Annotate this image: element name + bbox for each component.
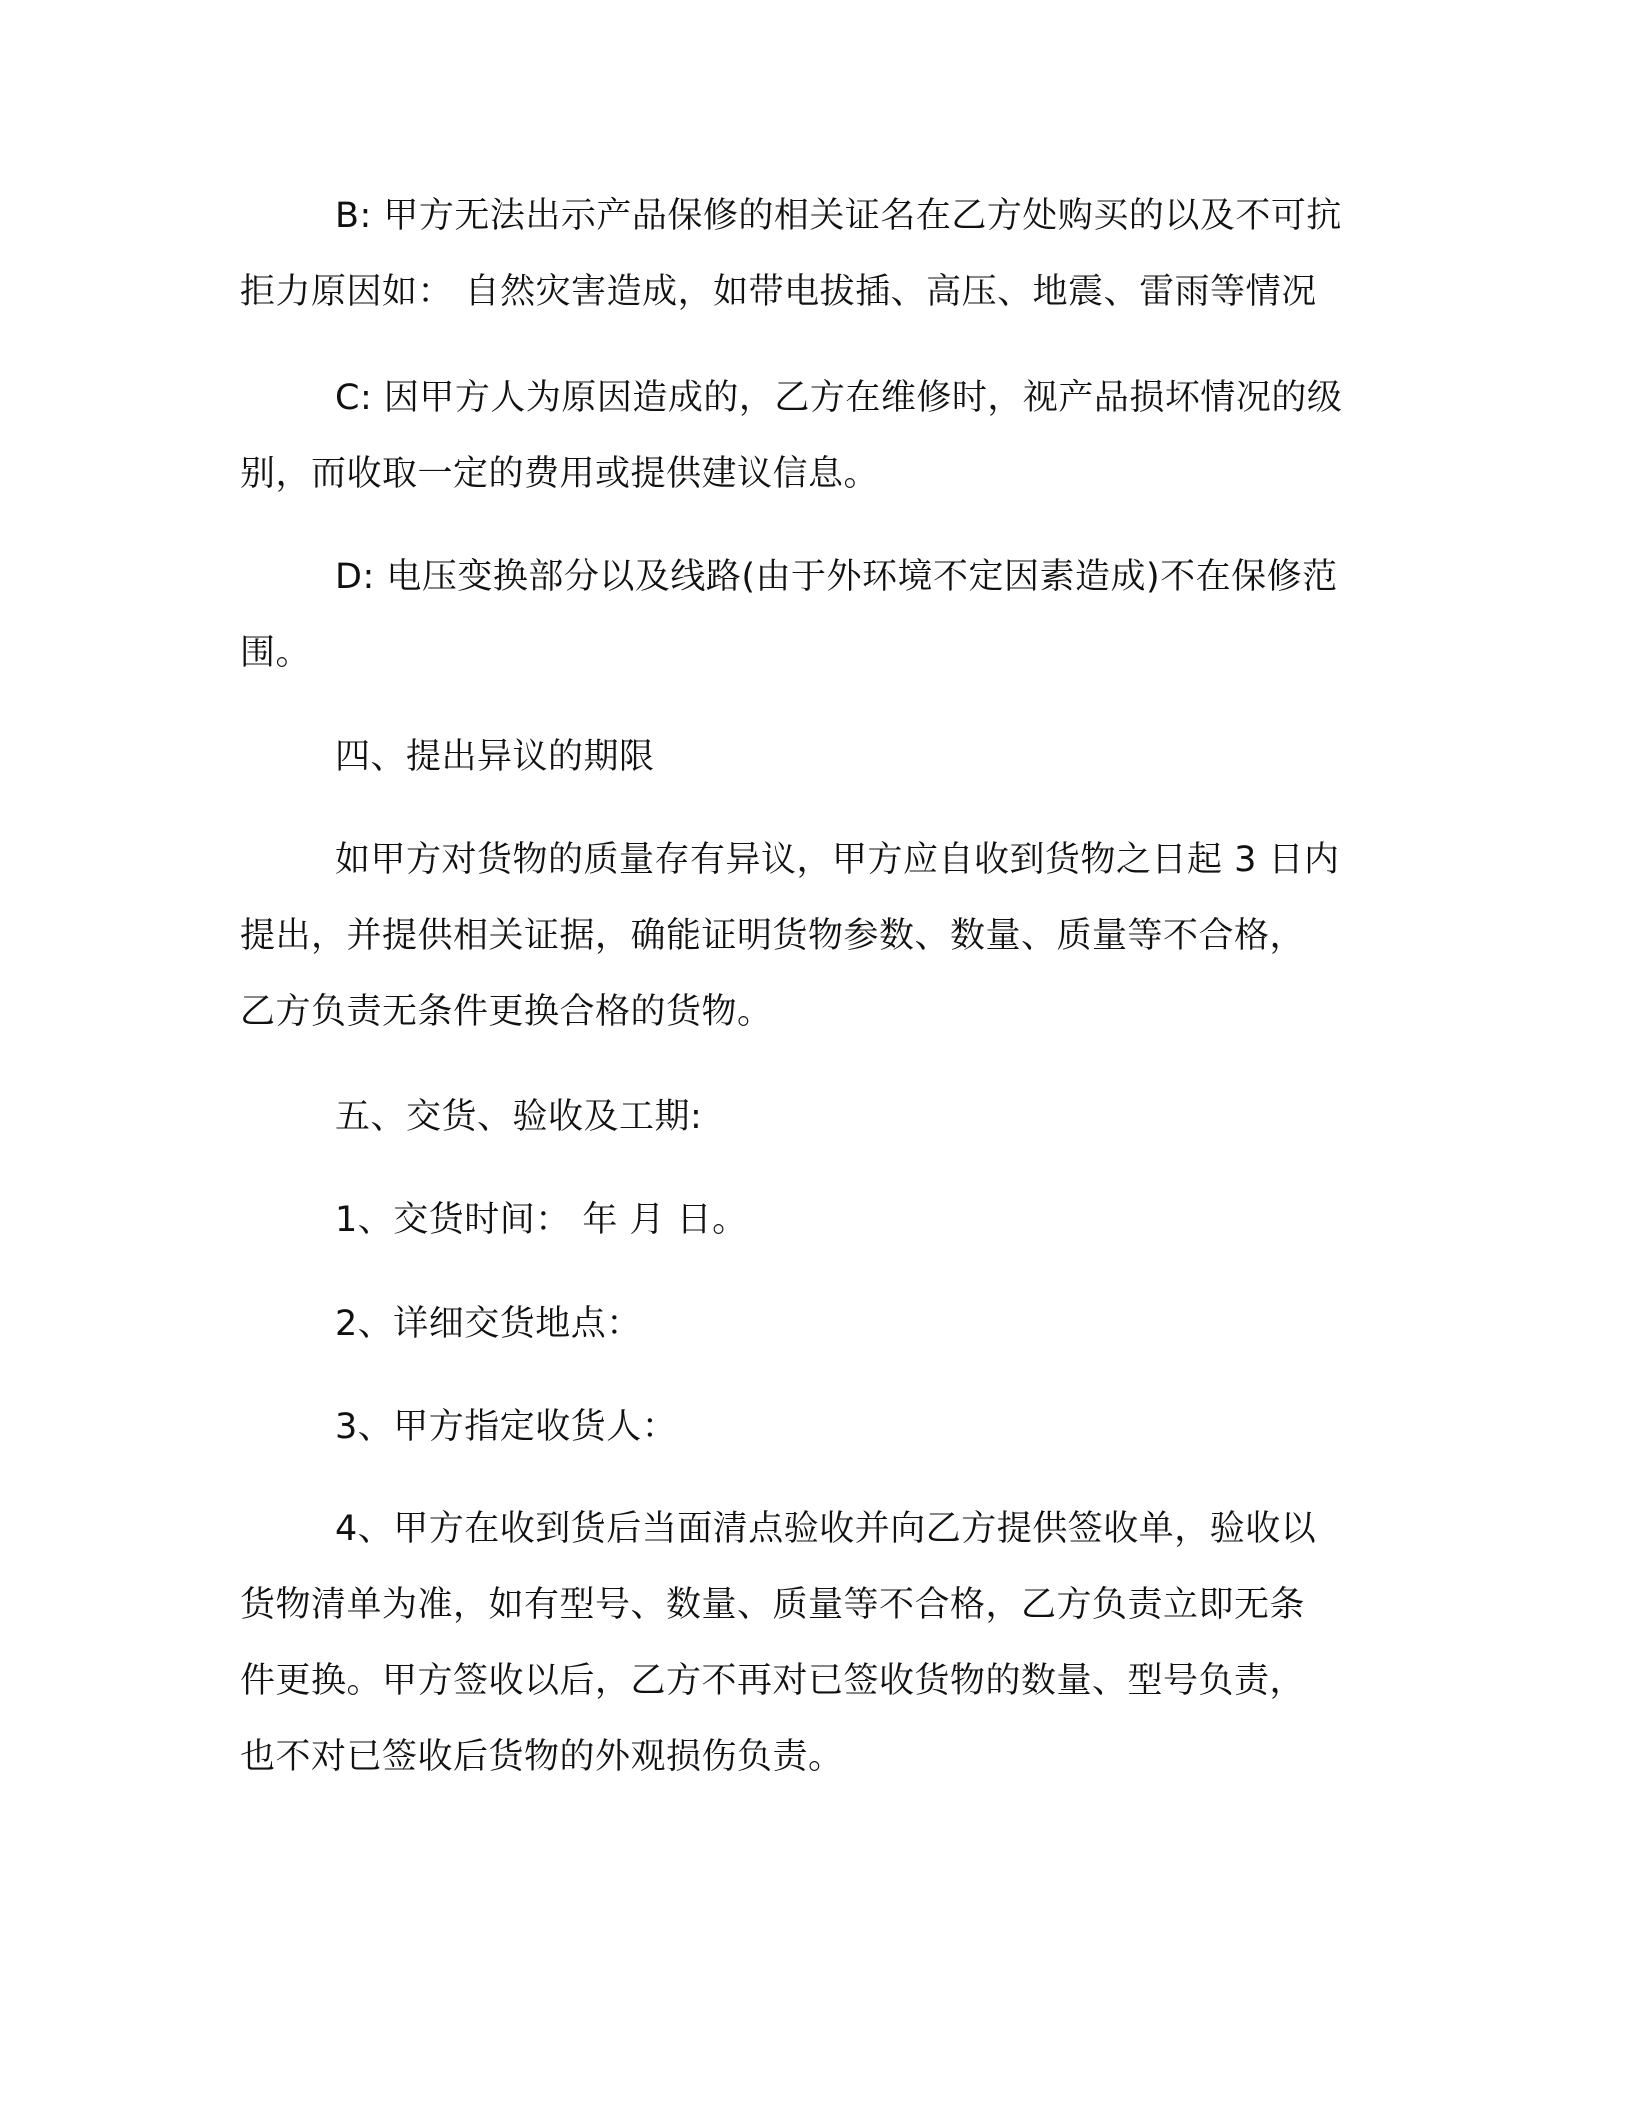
text-line: 如甲方对货物的质量存有异议，甲方应自收到货物之日起 3 日内 bbox=[240, 822, 1390, 898]
text-line: 也不对已签收后货物的外观损伤负责。 bbox=[240, 1719, 1390, 1795]
text-line: 乙方负责无条件更换合格的货物。 bbox=[240, 974, 1390, 1050]
text-line: 2、详细交货地点： bbox=[240, 1286, 1390, 1362]
text-line: 1、交货时间： 年 月 日。 bbox=[240, 1182, 1390, 1258]
text-line: C: 因甲方人为原因造成的，乙方在维修时，视产品损坏情况的级 bbox=[240, 360, 1390, 436]
list-item-delivery-time: 1、交货时间： 年 月 日。 bbox=[240, 1182, 1390, 1258]
section-heading-objection-period: 四、提出异议的期限 bbox=[240, 719, 1390, 795]
list-item-acceptance: 4、甲方在收到货后当面清点验收并向乙方提供签收单，验收以 货物清单为准，如有型号… bbox=[240, 1491, 1390, 1795]
list-item-delivery-location: 2、详细交货地点： bbox=[240, 1286, 1390, 1362]
section-title: 五、交货、验收及工期: bbox=[240, 1079, 1390, 1155]
text-line: 4、甲方在收到货后当面清点验收并向乙方提供签收单，验收以 bbox=[240, 1491, 1390, 1567]
text-line: 提出，并提供相关证据，确能证明货物参数、数量、质量等不合格， bbox=[240, 898, 1390, 974]
paragraph-clause-d: D: 电压变换部分以及线路(由于外环境不定因素造成)不在保修范 围。 bbox=[240, 539, 1390, 691]
list-item-consignee: 3、甲方指定收货人： bbox=[240, 1389, 1390, 1465]
text-line: 别，而收取一定的费用或提供建议信息。 bbox=[240, 436, 1390, 512]
text-line: B: 甲方无法出示产品保修的相关证名在乙方处购买的以及不可抗 bbox=[240, 178, 1390, 254]
text-line: 拒力原因如： 自然灾害造成，如带电拔插、高压、地震、雷雨等情况 bbox=[240, 254, 1390, 330]
paragraph-clause-b: B: 甲方无法出示产品保修的相关证名在乙方处购买的以及不可抗 拒力原因如： 自然… bbox=[240, 178, 1390, 330]
text-line: 货物清单为准，如有型号、数量、质量等不合格，乙方负责立即无条 bbox=[240, 1567, 1390, 1643]
section-heading-delivery: 五、交货、验收及工期: bbox=[240, 1079, 1390, 1155]
section-title: 四、提出异议的期限 bbox=[240, 719, 1390, 795]
text-line: 3、甲方指定收货人： bbox=[240, 1389, 1390, 1465]
text-line: 围。 bbox=[240, 615, 1390, 691]
text-line: 件更换。甲方签收以后，乙方不再对已签收货物的数量、型号负责， bbox=[240, 1643, 1390, 1719]
paragraph-objection-body: 如甲方对货物的质量存有异议，甲方应自收到货物之日起 3 日内 提出，并提供相关证… bbox=[240, 822, 1390, 1050]
paragraph-clause-c: C: 因甲方人为原因造成的，乙方在维修时，视产品损坏情况的级 别，而收取一定的费… bbox=[240, 360, 1390, 512]
text-line: D: 电压变换部分以及线路(由于外环境不定因素造成)不在保修范 bbox=[240, 539, 1390, 615]
